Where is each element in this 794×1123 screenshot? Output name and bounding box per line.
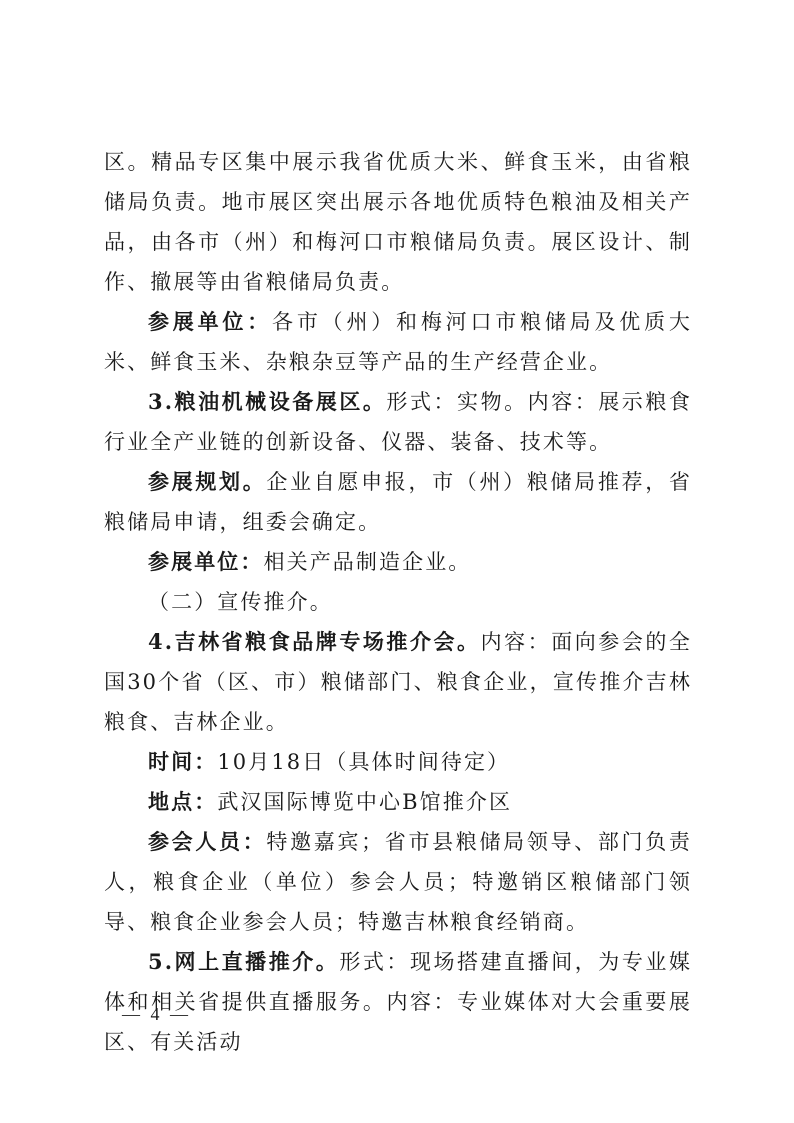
paragraph-exhibit-plan: 参展规划。企业自愿申报，市（州）粮储局推荐，省粮储局申请，组委会确定。	[104, 462, 692, 542]
document-body: 区。精品专区集中展示我省优质大米、鲜食玉米，由省粮储局负责。地市展区突出展示各地…	[104, 142, 692, 1062]
paragraph-exhibitors-2: 参展单位：相关产品制造企业。	[104, 542, 692, 582]
paragraph-text: 相关产品制造企业。	[264, 550, 472, 574]
paragraph-livestream: 5.网上直播推介。形式：现场搭建直播间，为专业媒体和相关省提供直播服务。内容：专…	[104, 942, 692, 1062]
paragraph-heading: 4.吉林省粮食品牌专场推介会。	[148, 629, 481, 654]
paragraph-heading: 参展单位：	[148, 549, 264, 574]
paragraph-heading: 参展单位：	[148, 309, 272, 334]
paragraph-text: 武汉国际博览中心B馆推介区	[217, 790, 512, 814]
page-number: — 4 —	[122, 1004, 191, 1025]
paragraph-exhibitors-1: 参展单位：各市（州）和梅河口市粮储局及优质大米、鲜食玉米、杂粮杂豆等产品的生产经…	[104, 302, 692, 382]
section-heading-promotion: （二）宣传推介。	[104, 582, 692, 622]
paragraph-heading: 3.粮油机械设备展区。	[148, 389, 386, 414]
paragraph-attendees: 参会人员：特邀嘉宾；省市县粮储局领导、部门负责人，粮食企业（单位）参会人员；特邀…	[104, 822, 692, 942]
paragraph-machinery-zone: 3.粮油机械设备展区。形式：实物。内容：展示粮食行业全产业链的创新设备、仪器、装…	[104, 382, 692, 462]
paragraph-time: 时间：10月18日（具体时间待定）	[104, 742, 692, 782]
paragraph-heading: 参展规划。	[148, 469, 266, 494]
paragraph-text: 10月18日（具体时间待定）	[217, 750, 510, 774]
paragraph-brand-promotion: 4.吉林省粮食品牌专场推介会。内容：面向参会的全国30个省（区、市）粮储部门、粮…	[104, 622, 692, 742]
paragraph-exhibit-zone: 区。精品专区集中展示我省优质大米、鲜食玉米，由省粮储局负责。地市展区突出展示各地…	[104, 142, 692, 302]
paragraph-heading: 地点：	[148, 789, 217, 814]
paragraph-heading: 5.网上直播推介。	[148, 949, 339, 974]
paragraph-location: 地点：武汉国际博览中心B馆推介区	[104, 782, 692, 822]
paragraph-heading: 参会人员：	[148, 829, 266, 854]
paragraph-heading: 时间：	[148, 749, 217, 774]
paragraph-text: （二）宣传推介。	[148, 590, 333, 614]
paragraph-text: 区。精品专区集中展示我省优质大米、鲜食玉米，由省粮储局负责。地市展区突出展示各地…	[104, 150, 692, 294]
